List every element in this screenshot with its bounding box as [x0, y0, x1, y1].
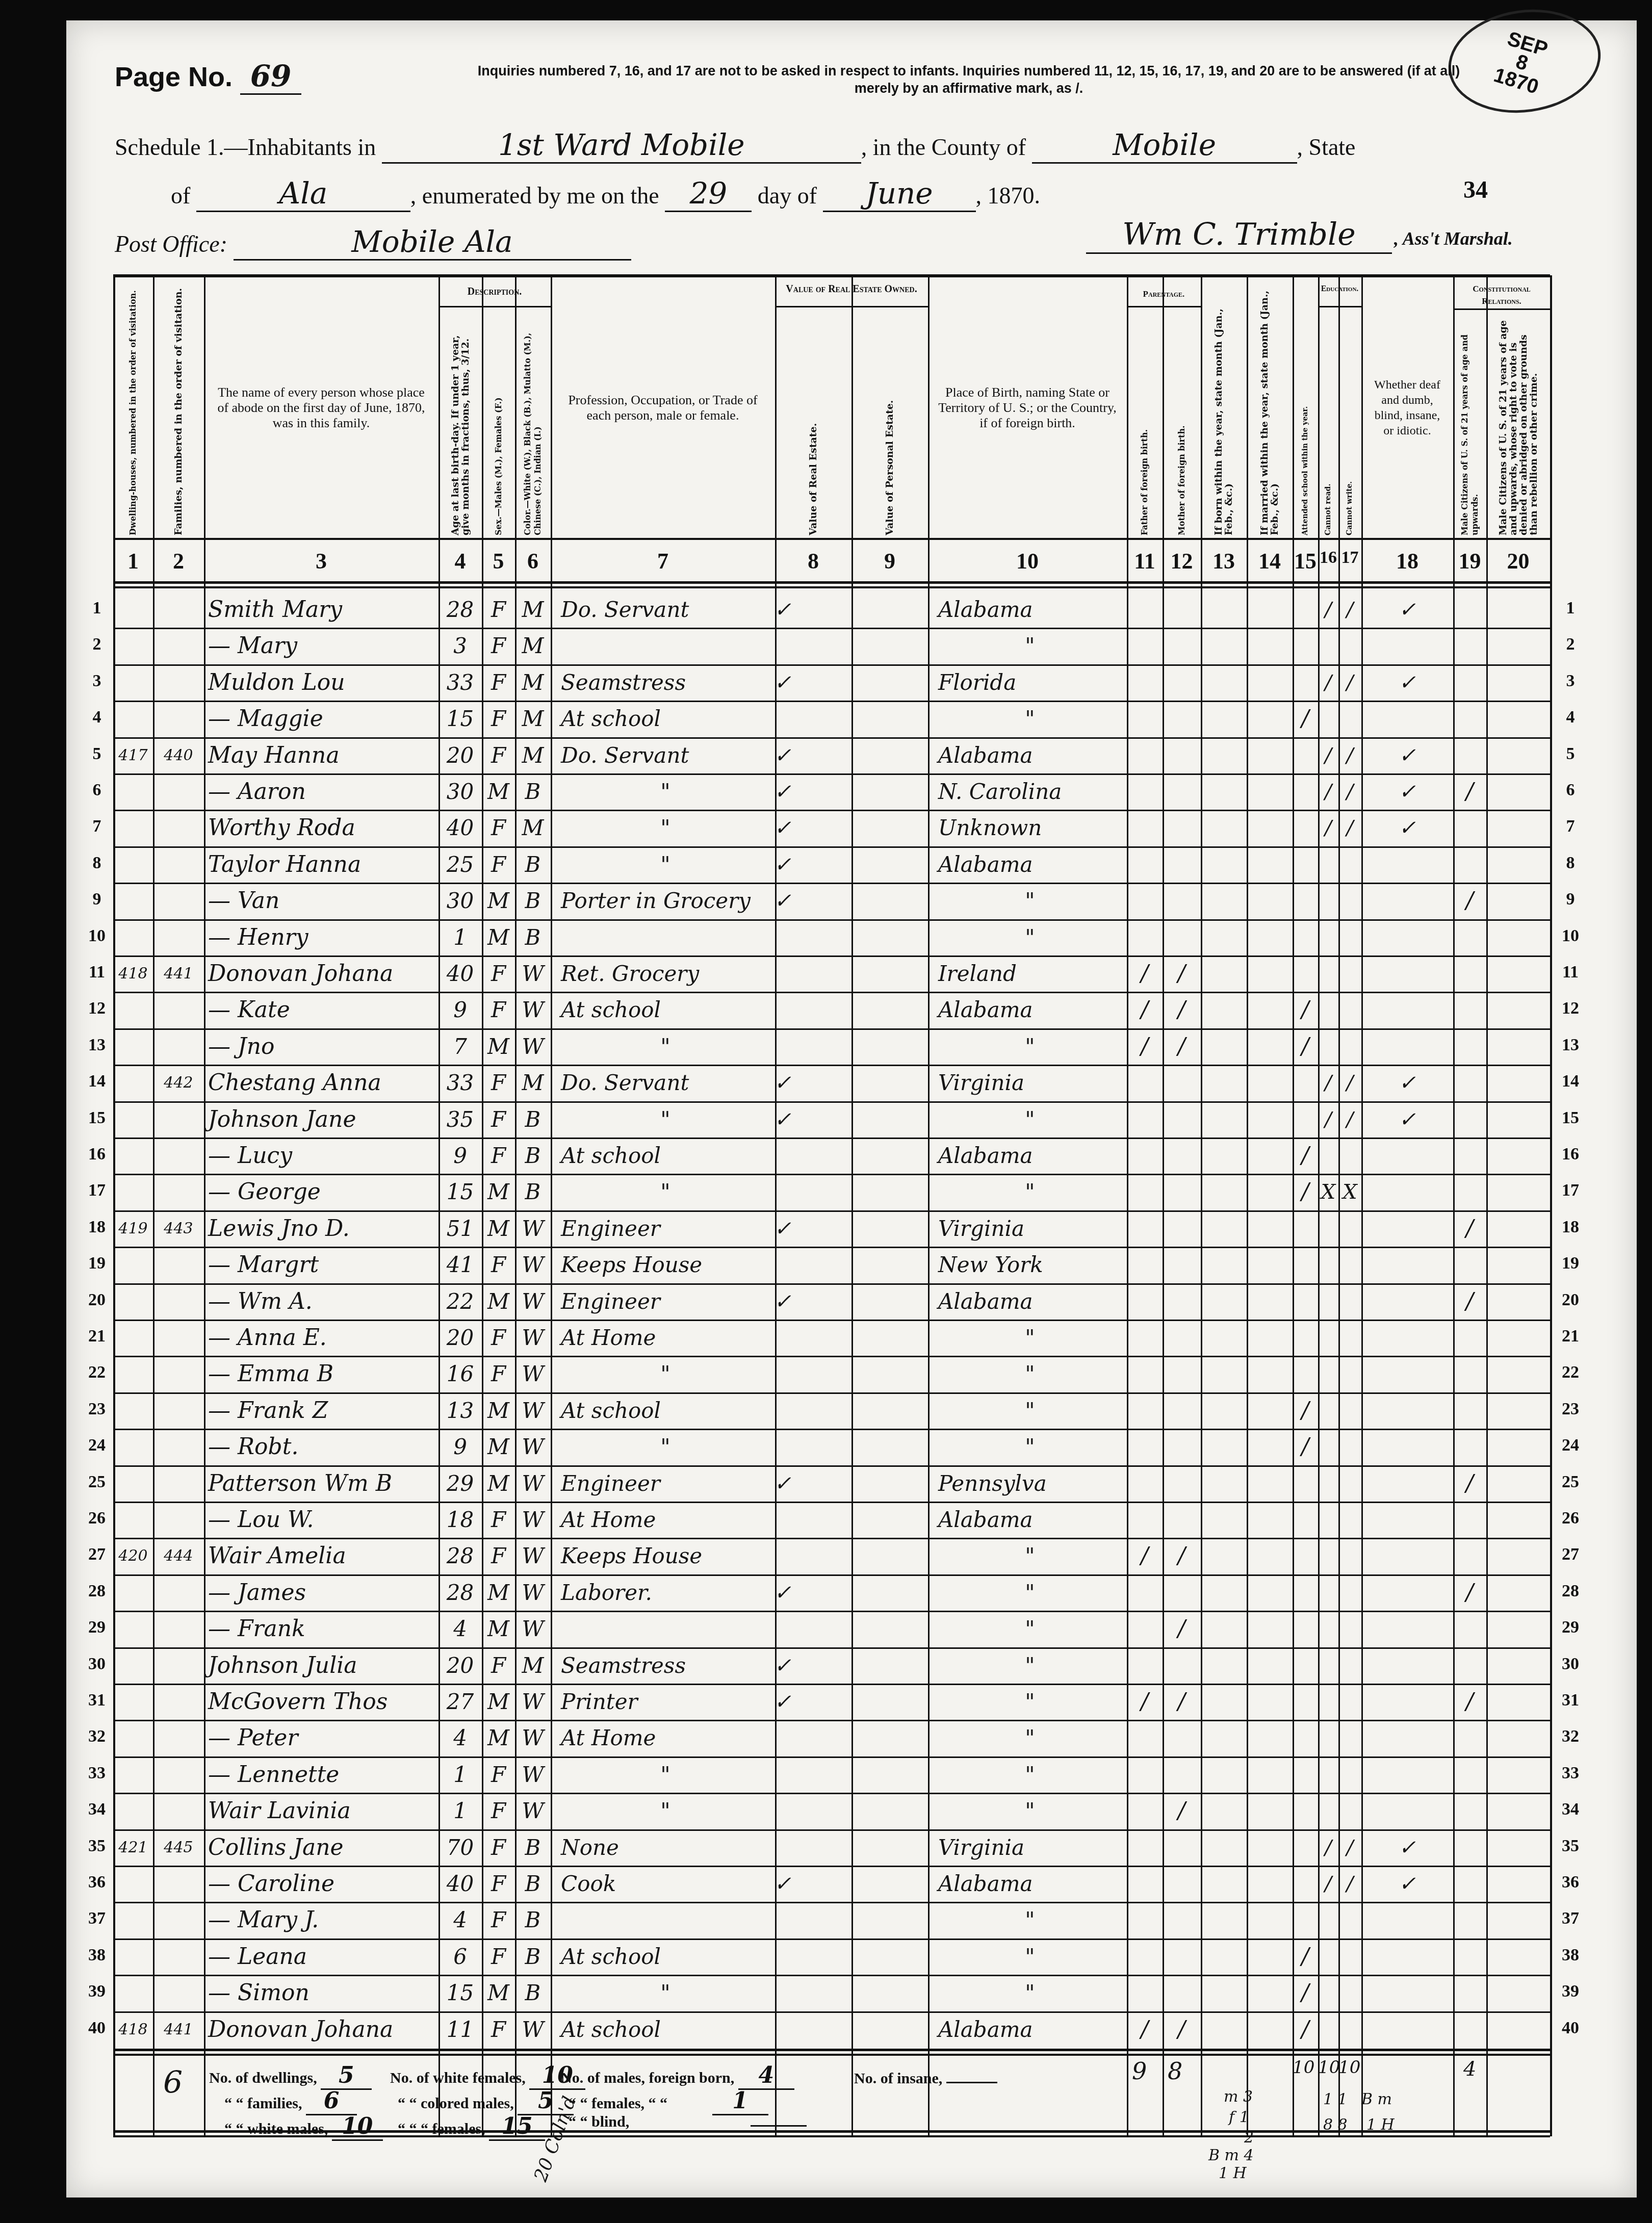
line-number-right: 33	[1555, 1764, 1586, 1783]
color: W	[515, 1614, 551, 1644]
line-number-right: 17	[1555, 1181, 1586, 1200]
occupation: "	[561, 1031, 770, 1062]
occupation: At school	[561, 995, 770, 1025]
sex: F	[482, 1323, 515, 1353]
line-number-right: 32	[1555, 1727, 1586, 1746]
birthplace: "	[938, 1978, 1122, 2008]
person-name: — Peter	[208, 1723, 298, 1753]
color: M	[515, 1068, 551, 1098]
column-header-14: If married within the year, state month …	[1249, 280, 1290, 535]
sex: F	[482, 1942, 515, 1972]
person-name: Donovan Johana	[208, 2014, 393, 2045]
real-estate-mark: ✓	[770, 740, 795, 771]
age: 4	[438, 1723, 482, 1753]
cannot-read-mark: /	[1318, 1104, 1338, 1135]
birthplace: "	[938, 1614, 1122, 1644]
mother-foreign-mark: /	[1163, 1031, 1201, 1062]
attended-school-mark: /	[1293, 995, 1318, 1025]
attended-school-mark: /	[1293, 2014, 1318, 2045]
line-number-left: 29	[82, 1618, 112, 1637]
age: 16	[438, 1359, 482, 1389]
row-divider	[113, 773, 1550, 775]
color: M	[515, 667, 551, 698]
birthplace: "	[938, 1760, 1122, 1790]
line-number-right: 9	[1555, 890, 1586, 909]
sex: F	[482, 1832, 515, 1863]
numbers-divider-2	[113, 586, 1550, 588]
line-number-right: 6	[1555, 781, 1586, 800]
line-number-left: 12	[82, 999, 112, 1018]
line-number-left: 6	[82, 781, 112, 800]
footer-families: “ “ families, 6	[224, 2088, 357, 2115]
birthplace: "	[938, 1650, 1122, 1681]
line-number-left: 1	[82, 599, 112, 618]
color: B	[515, 1104, 551, 1135]
birthplace: "	[938, 1796, 1122, 1826]
cannot-write-mark: /	[1338, 740, 1361, 771]
dwelling-number: 420	[113, 1541, 153, 1571]
post-office-field: Mobile Ala	[234, 224, 631, 261]
color: M	[515, 740, 551, 771]
birthplace: Ireland	[938, 959, 1122, 989]
occupation: None	[561, 1832, 770, 1863]
line-number-left: 23	[82, 1400, 112, 1419]
person-name: Donovan Johana	[208, 959, 393, 989]
father-foreign-mark: /	[1127, 2014, 1163, 2045]
column-number: 19	[1453, 548, 1486, 579]
line-number-left: 15	[82, 1108, 112, 1128]
row-divider	[113, 1174, 1550, 1175]
column-header-9: Value of Personal Estate.	[854, 311, 926, 535]
occupation: Seamstress	[561, 1650, 770, 1681]
person-name: May Hanna	[208, 740, 340, 771]
row-divider	[113, 1320, 1550, 1321]
line-number-right: 14	[1555, 1072, 1586, 1091]
column-header-1: Dwelling-houses, numbered in the order o…	[115, 280, 151, 535]
line-number-left: 28	[82, 1582, 112, 1601]
person-name: — Leana	[208, 1942, 307, 1972]
deaf-blind-mark: ✓	[1361, 1832, 1453, 1863]
row-divider	[113, 1465, 1550, 1467]
mother-foreign-mark: /	[1163, 1614, 1201, 1644]
deaf-blind-mark: ✓	[1361, 1869, 1453, 1899]
row-divider	[113, 1866, 1550, 1867]
age: 40	[438, 1869, 482, 1899]
real-estate-mark: ✓	[770, 1650, 795, 1681]
age: 51	[438, 1213, 482, 1244]
row-divider	[113, 1065, 1550, 1066]
column-number: 17	[1338, 548, 1361, 579]
line-number-right: 8	[1555, 854, 1586, 873]
column-divider	[1550, 275, 1552, 2136]
age: 22	[438, 1286, 482, 1317]
color: B	[515, 1978, 551, 2008]
sex: M	[482, 777, 515, 807]
column-header-5: Sex.—Males (M.), Females (F.)	[484, 311, 513, 535]
age: 6	[438, 1942, 482, 1972]
occupation: "	[561, 1177, 770, 1207]
cannot-read-mark: /	[1318, 740, 1338, 771]
cannot-read-mark: /	[1318, 594, 1338, 625]
age: 70	[438, 1832, 482, 1863]
father-foreign-mark: /	[1127, 1541, 1163, 1571]
cannot-write-mark: /	[1338, 667, 1361, 698]
father-foreign-mark: /	[1127, 1031, 1163, 1062]
line-number-left: 26	[82, 1509, 112, 1528]
color: W	[515, 1432, 551, 1462]
tally-note: 1 1	[1323, 2090, 1348, 2108]
group-constitutional: Constitutional Relations.	[1453, 283, 1550, 307]
occupation: Engineer	[561, 1468, 770, 1499]
occupation: At school	[561, 2014, 770, 2045]
line-number-right: 27	[1555, 1545, 1586, 1564]
tally-note: 1 H	[1366, 2116, 1395, 2134]
column-header-10: Place of Birth, naming State or Territor…	[930, 280, 1125, 535]
attended-school-mark: /	[1293, 1432, 1318, 1462]
sex: F	[482, 1796, 515, 1826]
occupation: "	[561, 813, 770, 843]
color: W	[515, 1760, 551, 1790]
line-number-right: 1	[1555, 599, 1586, 618]
person-name: Taylor Hanna	[208, 849, 361, 880]
row-divider	[113, 628, 1550, 629]
line-number-left: 37	[82, 1909, 112, 1928]
birthplace: Virginia	[938, 1832, 1122, 1863]
group-line	[775, 306, 928, 307]
footer-top-border-2	[113, 2054, 1550, 2056]
birthplace: Virginia	[938, 1068, 1122, 1098]
birthplace: Alabama	[938, 1141, 1122, 1171]
age: 9	[438, 1141, 482, 1171]
line-number-left: 38	[82, 1946, 112, 1965]
column-number: 15	[1293, 548, 1318, 579]
attended-school-mark: /	[1293, 1177, 1318, 1207]
line-number-right: 18	[1555, 1218, 1586, 1237]
row-divider	[113, 1902, 1550, 1903]
sex: M	[482, 1468, 515, 1499]
enumeration-line: of Ala, enumerated by me on the 29 day o…	[171, 176, 1040, 212]
age: 33	[438, 667, 482, 698]
column-number: 18	[1361, 548, 1453, 579]
birthplace: Alabama	[938, 1869, 1122, 1899]
line-number-right: 26	[1555, 1509, 1586, 1528]
row-divider	[113, 1356, 1550, 1357]
occupation: Keeps House	[561, 1541, 770, 1571]
row-divider	[113, 1538, 1550, 1539]
group-line	[438, 306, 551, 307]
age: 28	[438, 1541, 482, 1571]
column-header-20: Male Citizens of U. S. of 21 years of ag…	[1488, 311, 1548, 535]
day-field: 29	[665, 176, 752, 212]
sex: F	[482, 1541, 515, 1571]
sex: F	[482, 1250, 515, 1280]
age: 4	[438, 1614, 482, 1644]
row-divider	[113, 1611, 1550, 1612]
occupation: "	[561, 1796, 770, 1826]
birthplace: "	[938, 1541, 1122, 1571]
birthplace: Virginia	[938, 1213, 1122, 1244]
birthplace: "	[938, 631, 1122, 661]
person-name: — Lou W.	[208, 1505, 314, 1535]
occupation: Engineer	[561, 1213, 770, 1244]
line-number-right: 35	[1555, 1837, 1586, 1856]
color: W	[515, 1505, 551, 1535]
footer-colored-females: “ “ “ females, 15	[398, 2113, 545, 2141]
column-number: 10	[928, 548, 1127, 579]
tally-note: 8 8	[1323, 2116, 1348, 2134]
occupation: Seamstress	[561, 667, 770, 698]
line-number-right: 29	[1555, 1618, 1586, 1637]
occupation: At school	[561, 704, 770, 734]
county-field: Mobile	[1032, 127, 1297, 164]
deaf-blind-mark: ✓	[1361, 1104, 1453, 1135]
sex: M	[482, 1395, 515, 1426]
line-number-right: 12	[1555, 999, 1586, 1018]
age: 18	[438, 1505, 482, 1535]
birthplace: "	[938, 1323, 1122, 1353]
family-number: 441	[153, 959, 204, 989]
real-estate-mark: ✓	[770, 777, 795, 807]
real-estate-mark: ✓	[770, 1869, 795, 1899]
person-name: — Aaron	[208, 777, 306, 807]
line-number-left: 8	[82, 854, 112, 873]
line-number-left: 35	[82, 1837, 112, 1856]
birthplace: "	[938, 1578, 1122, 1608]
birthplace: "	[938, 886, 1122, 916]
column-number: 5	[482, 548, 515, 579]
row-divider	[113, 1429, 1550, 1430]
column-number: 13	[1201, 548, 1247, 579]
age: 25	[438, 849, 482, 880]
color: B	[515, 1177, 551, 1207]
age: 9	[438, 995, 482, 1025]
birthplace: Alabama	[938, 995, 1122, 1025]
color: W	[515, 1359, 551, 1389]
person-name: — Kate	[208, 995, 290, 1025]
birthplace: Alabama	[938, 740, 1122, 771]
line-number-left: 22	[82, 1363, 112, 1382]
color: B	[515, 1141, 551, 1171]
row-divider	[113, 737, 1550, 739]
row-divider	[113, 664, 1550, 666]
row-divider	[113, 1392, 1550, 1394]
line-number-left: 5	[82, 744, 112, 764]
birthplace: "	[938, 1395, 1122, 1426]
occupation: Ret. Grocery	[561, 959, 770, 989]
color: B	[515, 1869, 551, 1899]
age: 28	[438, 1578, 482, 1608]
line-number-left: 27	[82, 1545, 112, 1564]
line-number-right: 19	[1555, 1254, 1586, 1273]
occupation: Do. Servant	[561, 594, 770, 625]
line-number-right: 28	[1555, 1582, 1586, 1601]
color: W	[515, 1031, 551, 1062]
line-number-right: 5	[1555, 744, 1586, 764]
column-number: 2	[153, 548, 204, 579]
mother-foreign-mark: /	[1163, 1796, 1201, 1826]
birthplace: N. Carolina	[938, 777, 1122, 807]
cannot-read-mark: /	[1318, 1869, 1338, 1899]
deaf-blind-mark: ✓	[1361, 594, 1453, 625]
schedule-line: Schedule 1.—Inhabitants in 1st Ward Mobi…	[115, 127, 1356, 164]
row-divider	[113, 1720, 1550, 1721]
sex: M	[482, 922, 515, 953]
line-number-left: 7	[82, 817, 112, 836]
color: M	[515, 813, 551, 843]
occupation: Laborer.	[561, 1578, 770, 1608]
sex: F	[482, 813, 515, 843]
color: W	[515, 1796, 551, 1826]
cannot-write-mark: /	[1338, 594, 1361, 625]
sex: M	[482, 886, 515, 916]
line-number-left: 40	[82, 2019, 112, 2038]
line-number-left: 20	[82, 1290, 112, 1310]
sex: F	[482, 1869, 515, 1899]
mother-foreign-mark: /	[1163, 1541, 1201, 1571]
age: 33	[438, 1068, 482, 1098]
dwelling-number: 417	[113, 740, 153, 771]
birthplace: "	[938, 1359, 1122, 1389]
row-divider	[113, 1684, 1550, 1685]
footer-foreign-males: No. of males, foreign born, 4	[561, 2062, 794, 2090]
person-name: Muldon Lou	[208, 667, 345, 698]
line-number-left: 10	[82, 926, 112, 946]
line-number-right: 23	[1555, 1400, 1586, 1419]
line-number-right: 16	[1555, 1145, 1586, 1164]
birthplace: Alabama	[938, 2014, 1122, 2045]
person-name: Patterson Wm B	[208, 1468, 392, 1499]
column-number: 9	[851, 548, 928, 579]
age: 30	[438, 777, 482, 807]
sex: F	[482, 1141, 515, 1171]
family-number: 442	[153, 1068, 204, 1098]
sex: M	[482, 1432, 515, 1462]
birthplace: "	[938, 1432, 1122, 1462]
age: 1	[438, 922, 482, 953]
birthplace: "	[938, 1687, 1122, 1717]
person-name: — Lucy	[208, 1141, 292, 1171]
birthplace: "	[938, 922, 1122, 953]
column-header-13: If born within the year, state month (Ja…	[1203, 280, 1245, 535]
color: W	[515, 1213, 551, 1244]
line-number-right: 38	[1555, 1946, 1586, 1965]
age: 13	[438, 1395, 482, 1426]
person-name: Smith Mary	[208, 594, 342, 625]
occupation: Printer	[561, 1687, 770, 1717]
sex: F	[482, 1104, 515, 1135]
occupation: "	[561, 777, 770, 807]
sex: F	[482, 594, 515, 625]
sex: F	[482, 1359, 515, 1389]
line-number-left: 18	[82, 1218, 112, 1237]
tally-note: B m	[1361, 2090, 1392, 2108]
numbers-divider	[113, 581, 1550, 584]
cannot-write-mark: /	[1338, 813, 1361, 843]
real-estate-mark: ✓	[770, 1286, 795, 1317]
tally-note: f 1	[1229, 2108, 1249, 2126]
total-c11: 9	[1132, 2057, 1147, 2085]
line-number-right: 21	[1555, 1327, 1586, 1346]
line-number-right: 20	[1555, 1290, 1586, 1310]
color: B	[515, 922, 551, 953]
sex: M	[482, 1614, 515, 1644]
column-number: 3	[204, 548, 438, 579]
color: W	[515, 959, 551, 989]
birthplace: "	[938, 1031, 1122, 1062]
deaf-blind-mark: ✓	[1361, 667, 1453, 698]
age: 41	[438, 1250, 482, 1280]
sex: F	[482, 995, 515, 1025]
color: M	[515, 1650, 551, 1681]
real-estate-mark: ✓	[770, 1068, 795, 1098]
birthplace: Alabama	[938, 1286, 1122, 1317]
father-foreign-mark: /	[1127, 995, 1163, 1025]
occupation: Engineer	[561, 1286, 770, 1317]
column-number: 1	[113, 548, 153, 579]
group-line	[1453, 308, 1550, 310]
age: 1	[438, 1760, 482, 1790]
row-divider	[113, 919, 1550, 921]
tally-note: 1 H	[1219, 2164, 1247, 2182]
person-name: Worthy Roda	[208, 813, 355, 843]
sex: F	[482, 704, 515, 734]
person-name: — Simon	[208, 1978, 309, 2008]
line-number-right: 3	[1555, 671, 1586, 691]
line-number-right: 7	[1555, 817, 1586, 836]
sex: M	[482, 1687, 515, 1717]
age: 40	[438, 813, 482, 843]
color: W	[515, 1395, 551, 1426]
line-number-right: 10	[1555, 926, 1586, 946]
real-estate-mark: ✓	[770, 1213, 795, 1244]
birthplace: Unknown	[938, 813, 1122, 843]
mother-foreign-mark: /	[1163, 1687, 1201, 1717]
real-estate-mark: ✓	[770, 1578, 795, 1608]
group-description: Description.	[438, 286, 551, 298]
post-office-line: Post Office: Mobile Ala	[115, 224, 631, 261]
total-c15: 10	[1293, 2057, 1314, 2078]
person-name: — Lennette	[208, 1760, 339, 1790]
real-estate-mark: ✓	[770, 886, 795, 916]
age: 15	[438, 1978, 482, 2008]
row-divider	[113, 1210, 1550, 1212]
line-number-left: 17	[82, 1181, 112, 1200]
age: 1	[438, 1796, 482, 1826]
color: W	[515, 1323, 551, 1353]
occupation: Do. Servant	[561, 1068, 770, 1098]
real-estate-mark: ✓	[770, 1104, 795, 1135]
column-header-6: Color.—White (W.), Black (B.), Mulatto (…	[517, 311, 549, 535]
color: B	[515, 777, 551, 807]
marshal-signature: Wm C. Trimble	[1086, 217, 1392, 254]
family-number: 440	[153, 740, 204, 771]
age: 40	[438, 959, 482, 989]
footer-insane: No. of insane,	[854, 2070, 997, 2087]
birthplace: "	[938, 1942, 1122, 1972]
row-divider	[113, 1647, 1550, 1649]
occupation: "	[561, 1432, 770, 1462]
footer-white-females: No. of white females, 10	[390, 2062, 585, 2090]
column-number: 7	[551, 548, 775, 579]
person-name: — Robt.	[208, 1432, 298, 1462]
sex: F	[482, 849, 515, 880]
birthplace: Alabama	[938, 849, 1122, 880]
group-parentage: Parentage.	[1127, 288, 1201, 300]
line-number-left: 30	[82, 1655, 112, 1674]
line-number-right: 13	[1555, 1036, 1586, 1055]
sex: M	[482, 1578, 515, 1608]
age: 9	[438, 1432, 482, 1462]
